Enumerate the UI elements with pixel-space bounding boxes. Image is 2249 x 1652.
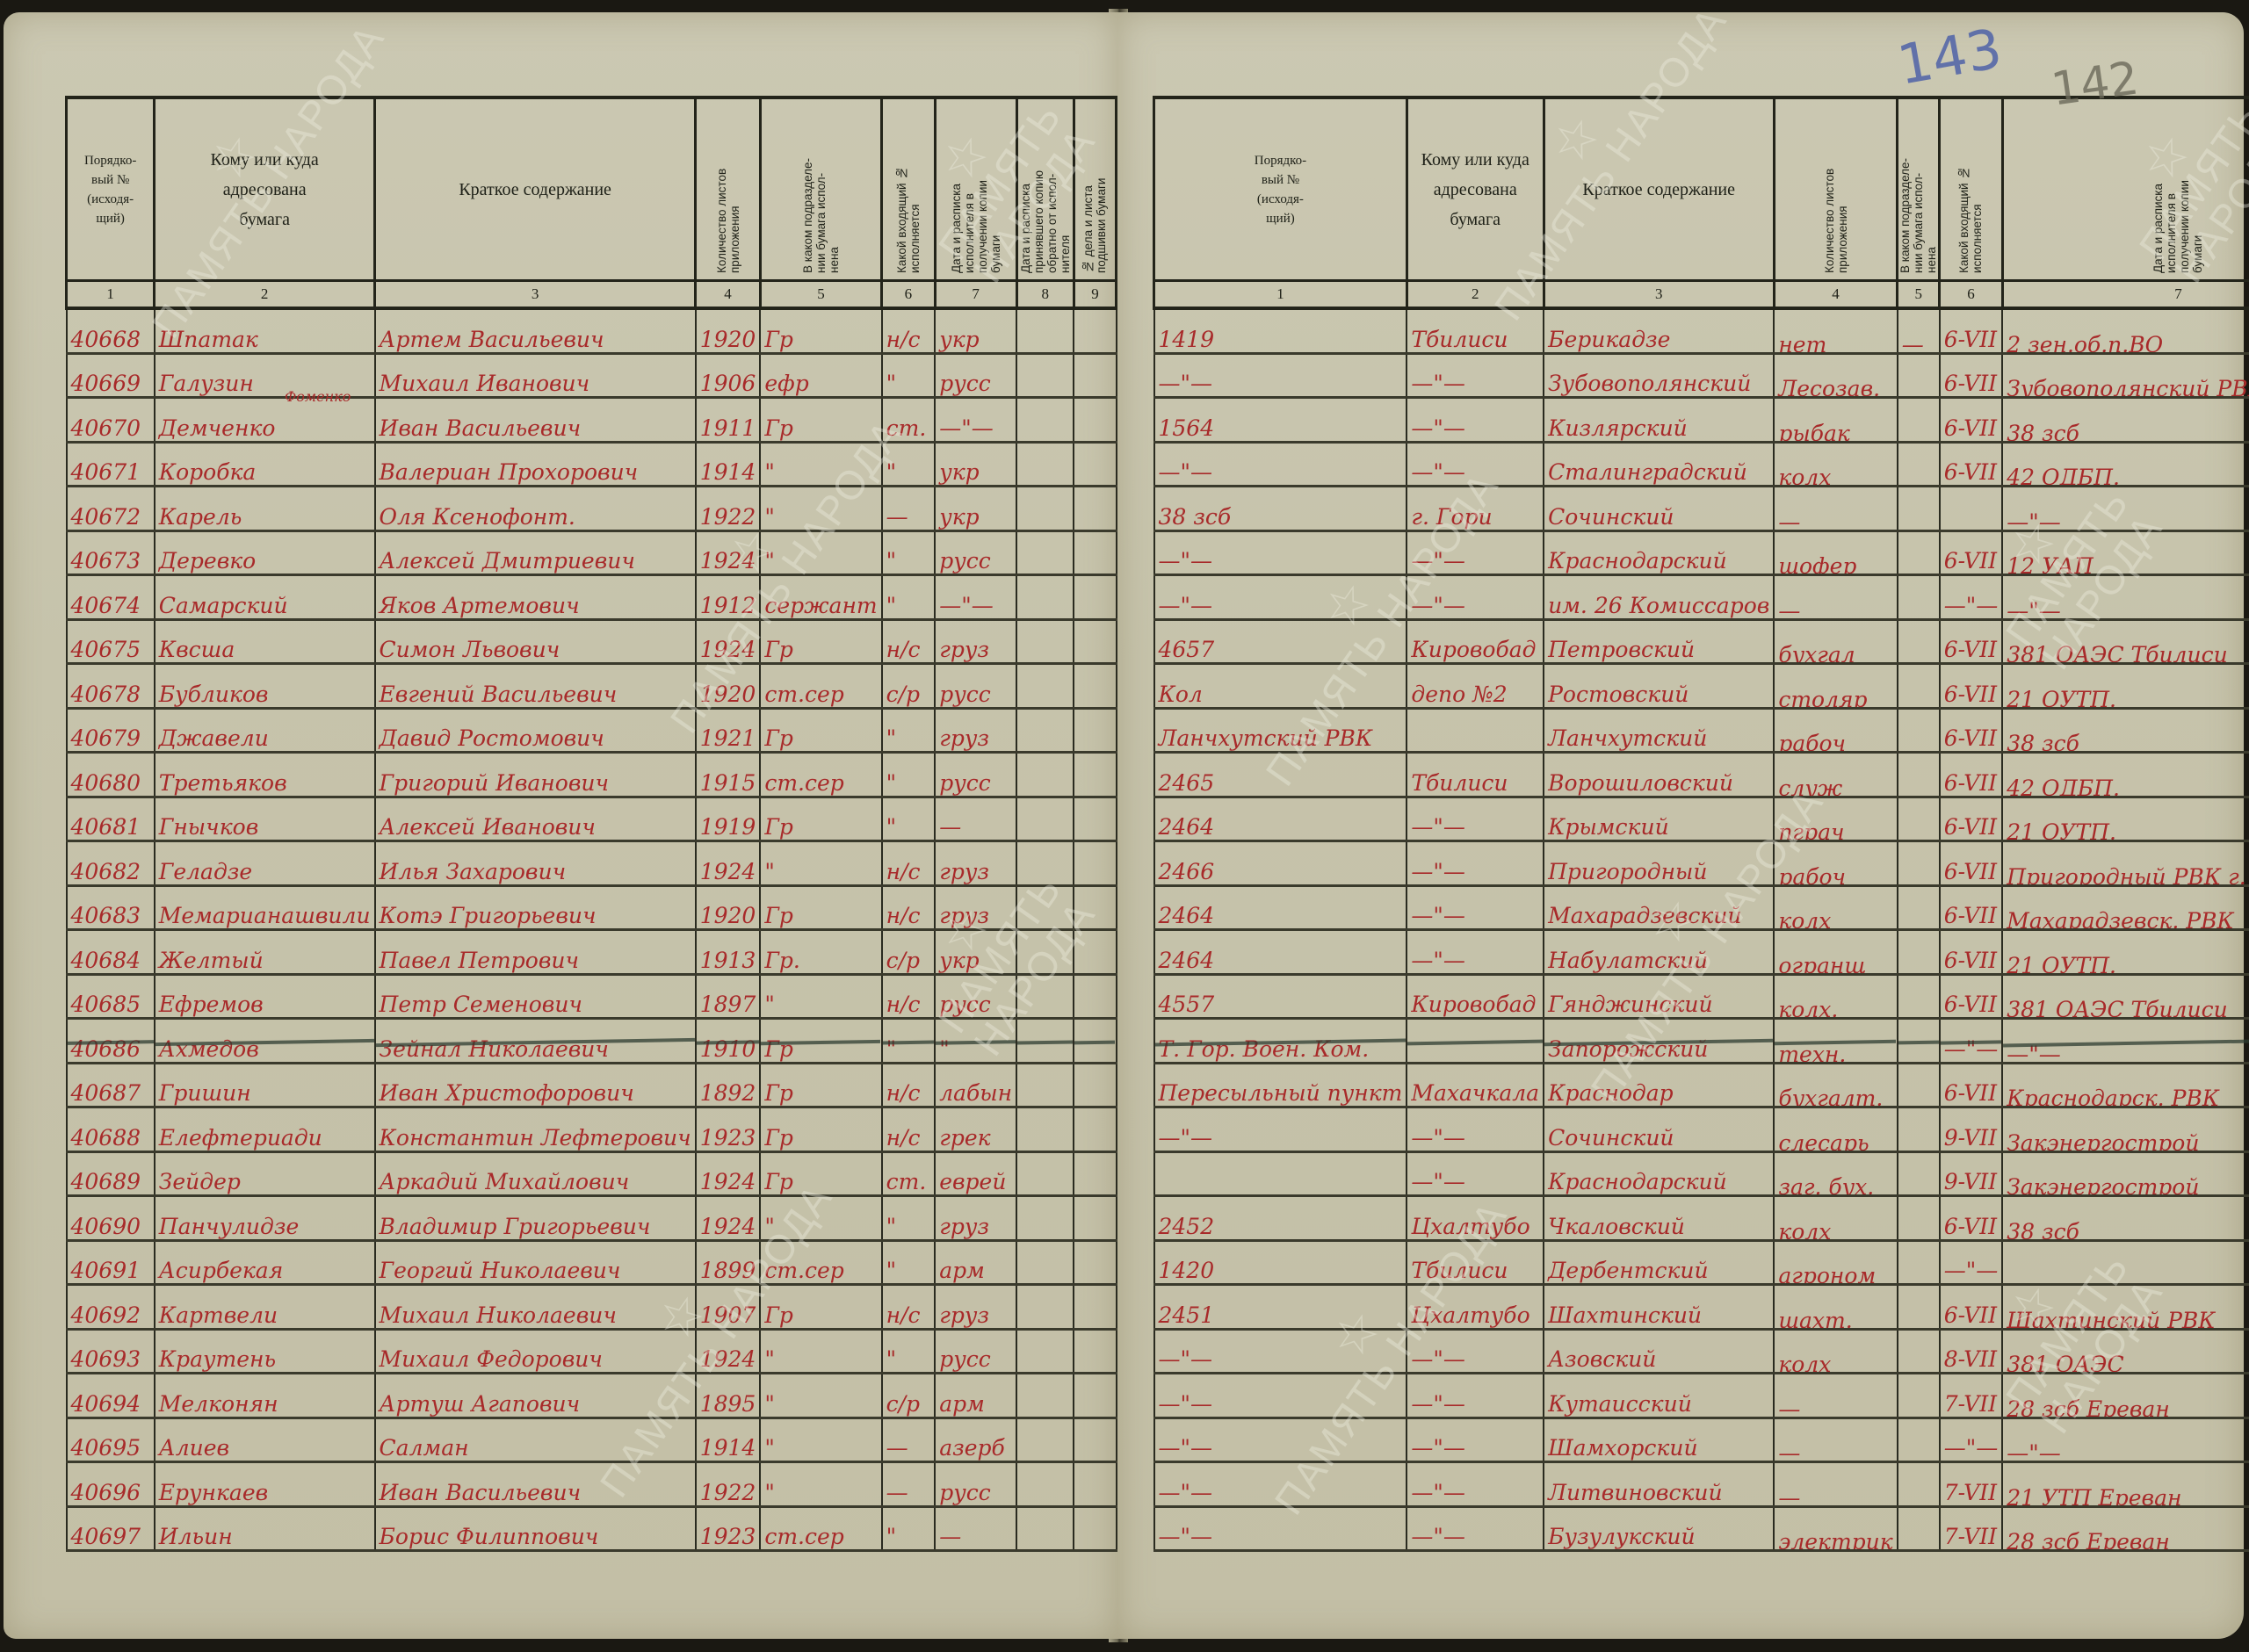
- party-status: ": [882, 708, 936, 753]
- col9-value: [1074, 1107, 1116, 1152]
- incoming-number: 6-VII: [1940, 708, 2003, 753]
- nationality: укр: [935, 487, 1016, 531]
- col9-value: [1074, 1462, 1116, 1507]
- incoming-number: —"—: [1940, 1240, 2003, 1285]
- outgoing-number: 38 зсб: [1154, 487, 1407, 531]
- col9-value: [1074, 1418, 1116, 1462]
- attachments: —: [1774, 575, 1897, 620]
- outgoing-number: 2466: [1154, 841, 1407, 886]
- table-row: Колдепо №2Ростовскийстоляр6-VII21 ОУТП.4…: [1154, 664, 2249, 709]
- outgoing-number: 40673: [67, 530, 155, 575]
- attachments: колх: [1774, 1196, 1897, 1241]
- rank: ": [760, 1462, 881, 1507]
- department: [1898, 442, 1940, 487]
- outgoing-number: 40668: [67, 308, 155, 353]
- col9-value: [1074, 1506, 1116, 1551]
- col8-value: [1016, 530, 1074, 575]
- surname: Елефтериади: [155, 1107, 375, 1152]
- outgoing-number: Т. Гор. Воен. Ком.: [1154, 1019, 1407, 1064]
- col9-value: [1074, 442, 1116, 487]
- col9-value: [1074, 1019, 1116, 1064]
- table-row: 40668ШпатакАртем Васильевич1920Грн/сукр: [67, 308, 1117, 353]
- party-status: ": [882, 797, 936, 841]
- nationality: ": [935, 1019, 1016, 1064]
- birth-year: 1924: [696, 841, 761, 886]
- party-status: с/р: [882, 1374, 936, 1418]
- outgoing-number: 40695: [67, 1418, 155, 1462]
- outgoing-number: 40680: [67, 753, 155, 797]
- col9-value: [1074, 1374, 1116, 1418]
- party-status: —: [882, 1462, 936, 1507]
- col8-value: [1016, 398, 1074, 443]
- department: [1898, 1329, 1940, 1374]
- department: [1898, 885, 1940, 930]
- incoming-number: —"—: [1940, 575, 2003, 620]
- table-row: —"——"—Бузулукскийэлектрик7-VII28 зсб Ере…: [1154, 1506, 2249, 1551]
- table-row: —"——"—Литвиновский—7-VII21 УТП Ереван488…: [1154, 1462, 2249, 1507]
- table-row: 40673ДеревкоАлексей Дмитриевич1924""русс: [67, 530, 1117, 575]
- incoming-number: [1940, 487, 2003, 531]
- table-row: 40670ДемченкоИван Васильевич1911Грст.—"—: [67, 398, 1117, 443]
- party-status: ": [882, 1506, 936, 1551]
- executor-receipt: 21 ОУТП.: [2002, 797, 2249, 841]
- executor-receipt: —"—: [2002, 487, 2249, 531]
- nationality: русс: [935, 664, 1016, 709]
- first-and-patronymic: Валериан Прохорович: [375, 442, 696, 487]
- nationality: груз: [935, 885, 1016, 930]
- outgoing-number: 40692: [67, 1285, 155, 1330]
- birth-year: 1914: [696, 442, 761, 487]
- table-row: 40682ГеладзеИлья Захарович1924"н/сгруз: [67, 841, 1117, 886]
- attachments: Лесозав.: [1774, 353, 1897, 398]
- incoming-number: 6-VII: [1940, 664, 2003, 709]
- surname: Краутень: [155, 1329, 375, 1374]
- addressee: Цхалтубо: [1407, 1285, 1544, 1330]
- table-row: 2465ТбилисиВорошиловскийслуж6-VII42 ОДБП…: [1154, 753, 2249, 797]
- nationality: грек: [935, 1107, 1016, 1152]
- department: [1898, 1285, 1940, 1330]
- first-and-patronymic: Борис Филиппович: [375, 1506, 696, 1551]
- col9-value: [1074, 708, 1116, 753]
- executor-receipt: —"—: [2002, 1019, 2249, 1064]
- table-row: 40693КраутеньМихаил Федорович1924""русс: [67, 1329, 1117, 1374]
- department: [1898, 1196, 1940, 1241]
- summary: Гянджинский: [1544, 974, 1774, 1019]
- birth-year: 1911: [696, 398, 761, 443]
- rank: Гр: [760, 1063, 881, 1107]
- outgoing-number: 40694: [67, 1374, 155, 1418]
- incoming-number: 6-VII: [1940, 1285, 2003, 1330]
- surname: Третьяков: [155, 753, 375, 797]
- col8-value: [1016, 753, 1074, 797]
- attachments: заг. бух.: [1774, 1151, 1897, 1196]
- summary: Берикадзе: [1544, 308, 1774, 353]
- incoming-number: 6-VII: [1940, 930, 2003, 975]
- first-and-patronymic: Алексей Дмитриевич: [375, 530, 696, 575]
- party-status: —: [882, 487, 936, 531]
- department: [1898, 1019, 1940, 1064]
- summary: Ланчхутский: [1544, 708, 1774, 753]
- executor-receipt: [2002, 1240, 2249, 1285]
- outgoing-number: 40683: [67, 885, 155, 930]
- nationality: укр: [935, 930, 1016, 975]
- department: [1898, 1374, 1940, 1418]
- outgoing-number: —"—: [1154, 1462, 1407, 1507]
- left-register-table: Порядко- вый № (исходя- щий) Кому или ку…: [65, 96, 1117, 1552]
- right-page: Порядко- вый № (исходя- щий) Кому или ку…: [1117, 12, 2244, 1639]
- birth-year: 1924: [696, 619, 761, 664]
- outgoing-number: 2464: [1154, 930, 1407, 975]
- col9-value: [1074, 1151, 1116, 1196]
- table-row: 40690ПанчулидзеВладимир Григорьевич1924"…: [67, 1196, 1117, 1241]
- attachments: рабоч: [1774, 841, 1897, 886]
- table-row: 40688ЕлефтериадиКонстантин Лефтерович192…: [67, 1107, 1117, 1152]
- addressee: —"—: [1407, 442, 1544, 487]
- col9-value: [1074, 619, 1116, 664]
- party-status: с/р: [882, 664, 936, 709]
- addressee: —"—: [1407, 1418, 1544, 1462]
- header-file-sheet: № дела и листа подшивки бумаги: [1074, 97, 1116, 281]
- department: [1898, 487, 1940, 531]
- birth-year: 1895: [696, 1374, 761, 1418]
- col9-value: [1074, 1285, 1116, 1330]
- col8-value: [1016, 1329, 1074, 1374]
- rank: Гр: [760, 619, 881, 664]
- department: [1898, 797, 1940, 841]
- department: [1898, 1151, 1940, 1196]
- rank: Гр: [760, 885, 881, 930]
- birth-year: 1922: [696, 487, 761, 531]
- table-row: 40692КартвелиМихаил Николаевич1907Грн/сг…: [67, 1285, 1117, 1330]
- executor-receipt: 38 зсб: [2002, 708, 2249, 753]
- header-addressee: Кому или куда адресована бумага: [1407, 97, 1544, 281]
- birth-year: 1920: [696, 885, 761, 930]
- incoming-number: 6-VII: [1940, 885, 2003, 930]
- first-and-patronymic: Михаил Николаевич: [375, 1285, 696, 1330]
- table-row: 40671КоробкаВалериан Прохорович1914""укр: [67, 442, 1117, 487]
- attachments: служ: [1774, 753, 1897, 797]
- surname: Геладзе: [155, 841, 375, 886]
- addressee: г. Гори: [1407, 487, 1544, 531]
- summary: Краснодарский: [1544, 1151, 1774, 1196]
- summary: Ростовский: [1544, 664, 1774, 709]
- col9-value: [1074, 664, 1116, 709]
- nationality: еврей: [935, 1151, 1016, 1196]
- outgoing-number: 4557: [1154, 974, 1407, 1019]
- table-row: 2466—"—Пригородныйрабоч6-VIIПригородный …: [1154, 841, 2249, 886]
- attachments: колх: [1774, 442, 1897, 487]
- first-and-patronymic: Петр Семенович: [375, 974, 696, 1019]
- attachments: пграч: [1774, 797, 1897, 841]
- addressee: —"—: [1407, 1374, 1544, 1418]
- nationality: груз: [935, 1285, 1016, 1330]
- surname: Картвели: [155, 1285, 375, 1330]
- header-summary: Краткое содержание: [1544, 97, 1774, 281]
- table-row: 2464—"—Набулатскийогранщ6-VII21 ОУТП.483…: [1154, 930, 2249, 975]
- nationality: груз: [935, 841, 1016, 886]
- addressee: Тбилиси: [1407, 308, 1544, 353]
- nationality: укр: [935, 308, 1016, 353]
- col8-value: [1016, 1063, 1074, 1107]
- first-and-patronymic: Павел Петрович: [375, 930, 696, 975]
- nationality: —: [935, 1506, 1016, 1551]
- outgoing-number: —"—: [1154, 1374, 1407, 1418]
- summary: Сочинский: [1544, 1107, 1774, 1152]
- nationality: груз: [935, 619, 1016, 664]
- col9-value: [1074, 530, 1116, 575]
- col8-value: [1016, 1462, 1074, 1507]
- party-status: ": [882, 753, 936, 797]
- col8-value: [1016, 930, 1074, 975]
- summary: Махарадзевский: [1544, 885, 1774, 930]
- first-and-patronymic: Григорий Иванович: [375, 753, 696, 797]
- summary: Петровский: [1544, 619, 1774, 664]
- attachments: —: [1774, 1418, 1897, 1462]
- outgoing-number: 40675: [67, 619, 155, 664]
- attachments: электрик: [1774, 1506, 1897, 1551]
- executor-receipt: —"—: [2002, 575, 2249, 620]
- table-row: 40685ЕфремовПетр Семенович1897"н/срусс: [67, 974, 1117, 1019]
- executor-receipt: 381 ОАЭС Тбилиси: [2002, 974, 2249, 1019]
- summary: Краснодарский: [1544, 530, 1774, 575]
- outgoing-number: 1419: [1154, 308, 1407, 353]
- incoming-number: 6-VII: [1940, 753, 2003, 797]
- incoming-number: 9-VII: [1940, 1107, 2003, 1152]
- col8-value: [1016, 575, 1074, 620]
- col9-value: [1074, 487, 1116, 531]
- rank: ст.сер: [760, 664, 881, 709]
- table-row: 40687ГришинИван Христофорович1892Грн/сла…: [67, 1063, 1117, 1107]
- rank: ": [760, 487, 881, 531]
- rank: ": [760, 1374, 881, 1418]
- table-row: 40697ИльинБорис Филиппович1923ст.сер"—: [67, 1506, 1117, 1551]
- executor-receipt: 12 УАП: [2002, 530, 2249, 575]
- outgoing-number: —"—: [1154, 575, 1407, 620]
- surname: Мелконян: [155, 1374, 375, 1418]
- department: [1898, 1462, 1940, 1507]
- incoming-number: 6-VII: [1940, 398, 2003, 443]
- col9-value: [1074, 797, 1116, 841]
- incoming-number: 6-VII: [1940, 1196, 2003, 1241]
- col9-value: [1074, 930, 1116, 975]
- attachments: рыбак: [1774, 398, 1897, 443]
- birth-year: 1923: [696, 1506, 761, 1551]
- party-status: ": [882, 353, 936, 398]
- col9-value: [1074, 1196, 1116, 1241]
- incoming-number: 6-VII: [1940, 619, 2003, 664]
- department: [1898, 1107, 1940, 1152]
- table-row: —"——"—ЗубовополянскийЛесозав.6-VIIЗубово…: [1154, 353, 2249, 398]
- attachments: нет: [1774, 308, 1897, 353]
- col8-value: [1016, 708, 1074, 753]
- summary: Запорожский: [1544, 1019, 1774, 1064]
- incoming-number: 6-VII: [1940, 841, 2003, 886]
- table-row: 40696ЕрункаевИван Васильевич1922"—русс: [67, 1462, 1117, 1507]
- first-and-patronymic: Аркадий Михайлович: [375, 1151, 696, 1196]
- header-attachments: Количество листов приложения: [1774, 97, 1897, 281]
- birth-year: 1910: [696, 1019, 761, 1064]
- party-status: ст.: [882, 1151, 936, 1196]
- surname: Шпатак: [155, 308, 375, 353]
- outgoing-number: 40681: [67, 797, 155, 841]
- department: [1898, 1063, 1940, 1107]
- nationality: азерб: [935, 1418, 1016, 1462]
- executor-receipt: Махарадзевск. РВК: [2002, 885, 2249, 930]
- nationality: укр: [935, 442, 1016, 487]
- birth-year: 1924: [696, 1196, 761, 1241]
- outgoing-number: 4657: [1154, 619, 1407, 664]
- surname: Зейдер: [155, 1151, 375, 1196]
- party-status: ст.: [882, 398, 936, 443]
- addressee: —"—: [1407, 1462, 1544, 1507]
- department: —: [1898, 308, 1940, 353]
- nationality: русс: [935, 530, 1016, 575]
- col8-value: [1016, 1151, 1074, 1196]
- surname: Ильин: [155, 1506, 375, 1551]
- surname: Ефремов: [155, 974, 375, 1019]
- outgoing-number: 40685: [67, 974, 155, 1019]
- addressee: —"—: [1407, 575, 1544, 620]
- outgoing-number: 40693: [67, 1329, 155, 1374]
- executor-receipt: —"—: [2002, 1418, 2249, 1462]
- surname: Коробка: [155, 442, 375, 487]
- table-row: 4657КировобадПетровскийбухгал6-VII381 ОА…: [1154, 619, 2249, 664]
- surname: Ахмедов: [155, 1019, 375, 1064]
- attachments: шахт.: [1774, 1285, 1897, 1330]
- header-return-receipt: Дата и расписка принявшего копию обратно…: [1016, 97, 1074, 281]
- table-row: 40679ДжавелиДавид Ростомович1921Гр"груз: [67, 708, 1117, 753]
- col8-value: [1016, 487, 1074, 531]
- nationality: груз: [935, 708, 1016, 753]
- addressee: [1407, 708, 1544, 753]
- first-and-patronymic: Евгений Васильевич: [375, 664, 696, 709]
- incoming-number: 8-VII: [1940, 1329, 2003, 1374]
- outgoing-number: —"—: [1154, 1418, 1407, 1462]
- incoming-number: 6-VII: [1940, 974, 2003, 1019]
- nationality: арм: [935, 1374, 1016, 1418]
- birth-year: 1907: [696, 1285, 761, 1330]
- rank: ефр: [760, 353, 881, 398]
- column-headers: Порядко- вый № (исходя- щий) Кому или ку…: [1154, 97, 2249, 281]
- incoming-number: 6-VII: [1940, 1063, 2003, 1107]
- rank: ст.сер: [760, 753, 881, 797]
- surname: Джавели: [155, 708, 375, 753]
- col8-value: [1016, 664, 1074, 709]
- party-status: ": [882, 1019, 936, 1064]
- table-row: 40672КарельОля Ксенофонт.1922"—укр: [67, 487, 1117, 531]
- col8-value: [1016, 1285, 1074, 1330]
- attachments: —: [1774, 1462, 1897, 1507]
- nationality: русс: [935, 353, 1016, 398]
- surname: Самарский: [155, 575, 375, 620]
- first-and-patronymic: Михаил Федорович: [375, 1329, 696, 1374]
- outgoing-number: 40669: [67, 353, 155, 398]
- col9-value: [1074, 974, 1116, 1019]
- surname: Желтый: [155, 930, 375, 975]
- col9-value: [1074, 1063, 1116, 1107]
- table-row: 40684ЖелтыйПавел Петрович1913Гр.с/рукр: [67, 930, 1117, 975]
- rank: Гр: [760, 398, 881, 443]
- incoming-number: 7-VII: [1940, 1506, 2003, 1551]
- addressee: —"—: [1407, 1107, 1544, 1152]
- attachments: рабоч: [1774, 708, 1897, 753]
- addressee: Кировобад: [1407, 619, 1544, 664]
- attachments: столяр: [1774, 664, 1897, 709]
- first-and-patronymic: Артуш Агапович: [375, 1374, 696, 1418]
- rank: ст.сер: [760, 1506, 881, 1551]
- table-row: 1564—"—Кизлярскийрыбак6-VII38 зсб4841178…: [1154, 398, 2249, 443]
- birth-year: 1924: [696, 1151, 761, 1196]
- executor-receipt: Шахтинский РВК: [2002, 1285, 2249, 1330]
- outgoing-number: 40691: [67, 1240, 155, 1285]
- surname: Карель: [155, 487, 375, 531]
- summary: Зубовополянский: [1544, 353, 1774, 398]
- col9-value: [1074, 885, 1116, 930]
- addressee: Тбилиси: [1407, 753, 1544, 797]
- col8-value: [1016, 442, 1074, 487]
- table-row: 1419ТбилисиБерикадзенет—6-VII2 зен.об.п.…: [1154, 308, 2249, 353]
- surname: Бубликов: [155, 664, 375, 709]
- surname: Квсша: [155, 619, 375, 664]
- incoming-number: 6-VII: [1940, 353, 2003, 398]
- header-outgoing-number: Порядко- вый № (исходя- щий): [1154, 97, 1407, 281]
- birth-year: 1914: [696, 1418, 761, 1462]
- executor-receipt: 42 ОДБП.: [2002, 442, 2249, 487]
- column-numbers: 1 2 3 4 5 6 7 8 9: [1154, 281, 2249, 309]
- header-addressee: Кому или куда адресована бумага: [155, 97, 375, 281]
- first-and-patronymic: Салман: [375, 1418, 696, 1462]
- table-row: 40694МелконянАртуш Агапович1895"с/рарм: [67, 1374, 1117, 1418]
- outgoing-number: —"—: [1154, 1506, 1407, 1551]
- table-row: 38 зсбг. ГориСочинский——"—1787: [1154, 487, 2249, 531]
- attachments: бухгал: [1774, 619, 1897, 664]
- attachments: колх: [1774, 1329, 1897, 1374]
- incoming-number: 6-VII: [1940, 442, 2003, 487]
- incoming-number: 7-VII: [1940, 1374, 2003, 1418]
- addressee: Кировобад: [1407, 974, 1544, 1019]
- summary: Азовский: [1544, 1329, 1774, 1374]
- table-row: 1420ТбилисиДербентскийагроном—"——"—: [1154, 1240, 2249, 1285]
- table-row: —"——"—Сочинскийслесарь9-VIIЗакэнергостро…: [1154, 1107, 2249, 1152]
- first-and-patronymic: Зейнал Николаевич: [375, 1019, 696, 1064]
- outgoing-number: 40672: [67, 487, 155, 531]
- outgoing-number: 40682: [67, 841, 155, 886]
- table-row: Т. Гор. Воен. Ком.Запорожскийтехн.—"——"—…: [1154, 1019, 2249, 1064]
- summary: Кутаисский: [1544, 1374, 1774, 1418]
- birth-year: 1912: [696, 575, 761, 620]
- incoming-number: —"—: [1940, 1418, 2003, 1462]
- attachments: колх.: [1774, 974, 1897, 1019]
- column-headers: Порядко- вый № (исходя- щий) Кому или ку…: [67, 97, 1117, 281]
- col8-value: [1016, 797, 1074, 841]
- department: [1898, 353, 1940, 398]
- outgoing-number: 40686: [67, 1019, 155, 1064]
- first-and-patronymic: Михаил Иванович: [375, 353, 696, 398]
- table-row: Пересыльный пунктМахачкалаКраснодарбухга…: [1154, 1063, 2249, 1107]
- addressee: [1407, 1019, 1544, 1064]
- table-row: 40669ГалузинМихаил Иванович1906ефр"русс: [67, 353, 1117, 398]
- outgoing-number: —"—: [1154, 353, 1407, 398]
- col9-value: [1074, 308, 1116, 353]
- table-row: 2464—"—Крымскийпграч6-VII21 ОУТП.4839: [1154, 797, 2249, 841]
- table-row: —"——"—Краснодарскийшофер6-VII12 УАП4816: [1154, 530, 2249, 575]
- first-and-patronymic: Яков Артемович: [375, 575, 696, 620]
- summary: Сталинградский: [1544, 442, 1774, 487]
- rank: Гр: [760, 797, 881, 841]
- summary: Ворошиловский: [1544, 753, 1774, 797]
- left-page: Порядко- вый № (исходя- щий) Кому или ку…: [4, 12, 1117, 1639]
- nationality: арм: [935, 1240, 1016, 1285]
